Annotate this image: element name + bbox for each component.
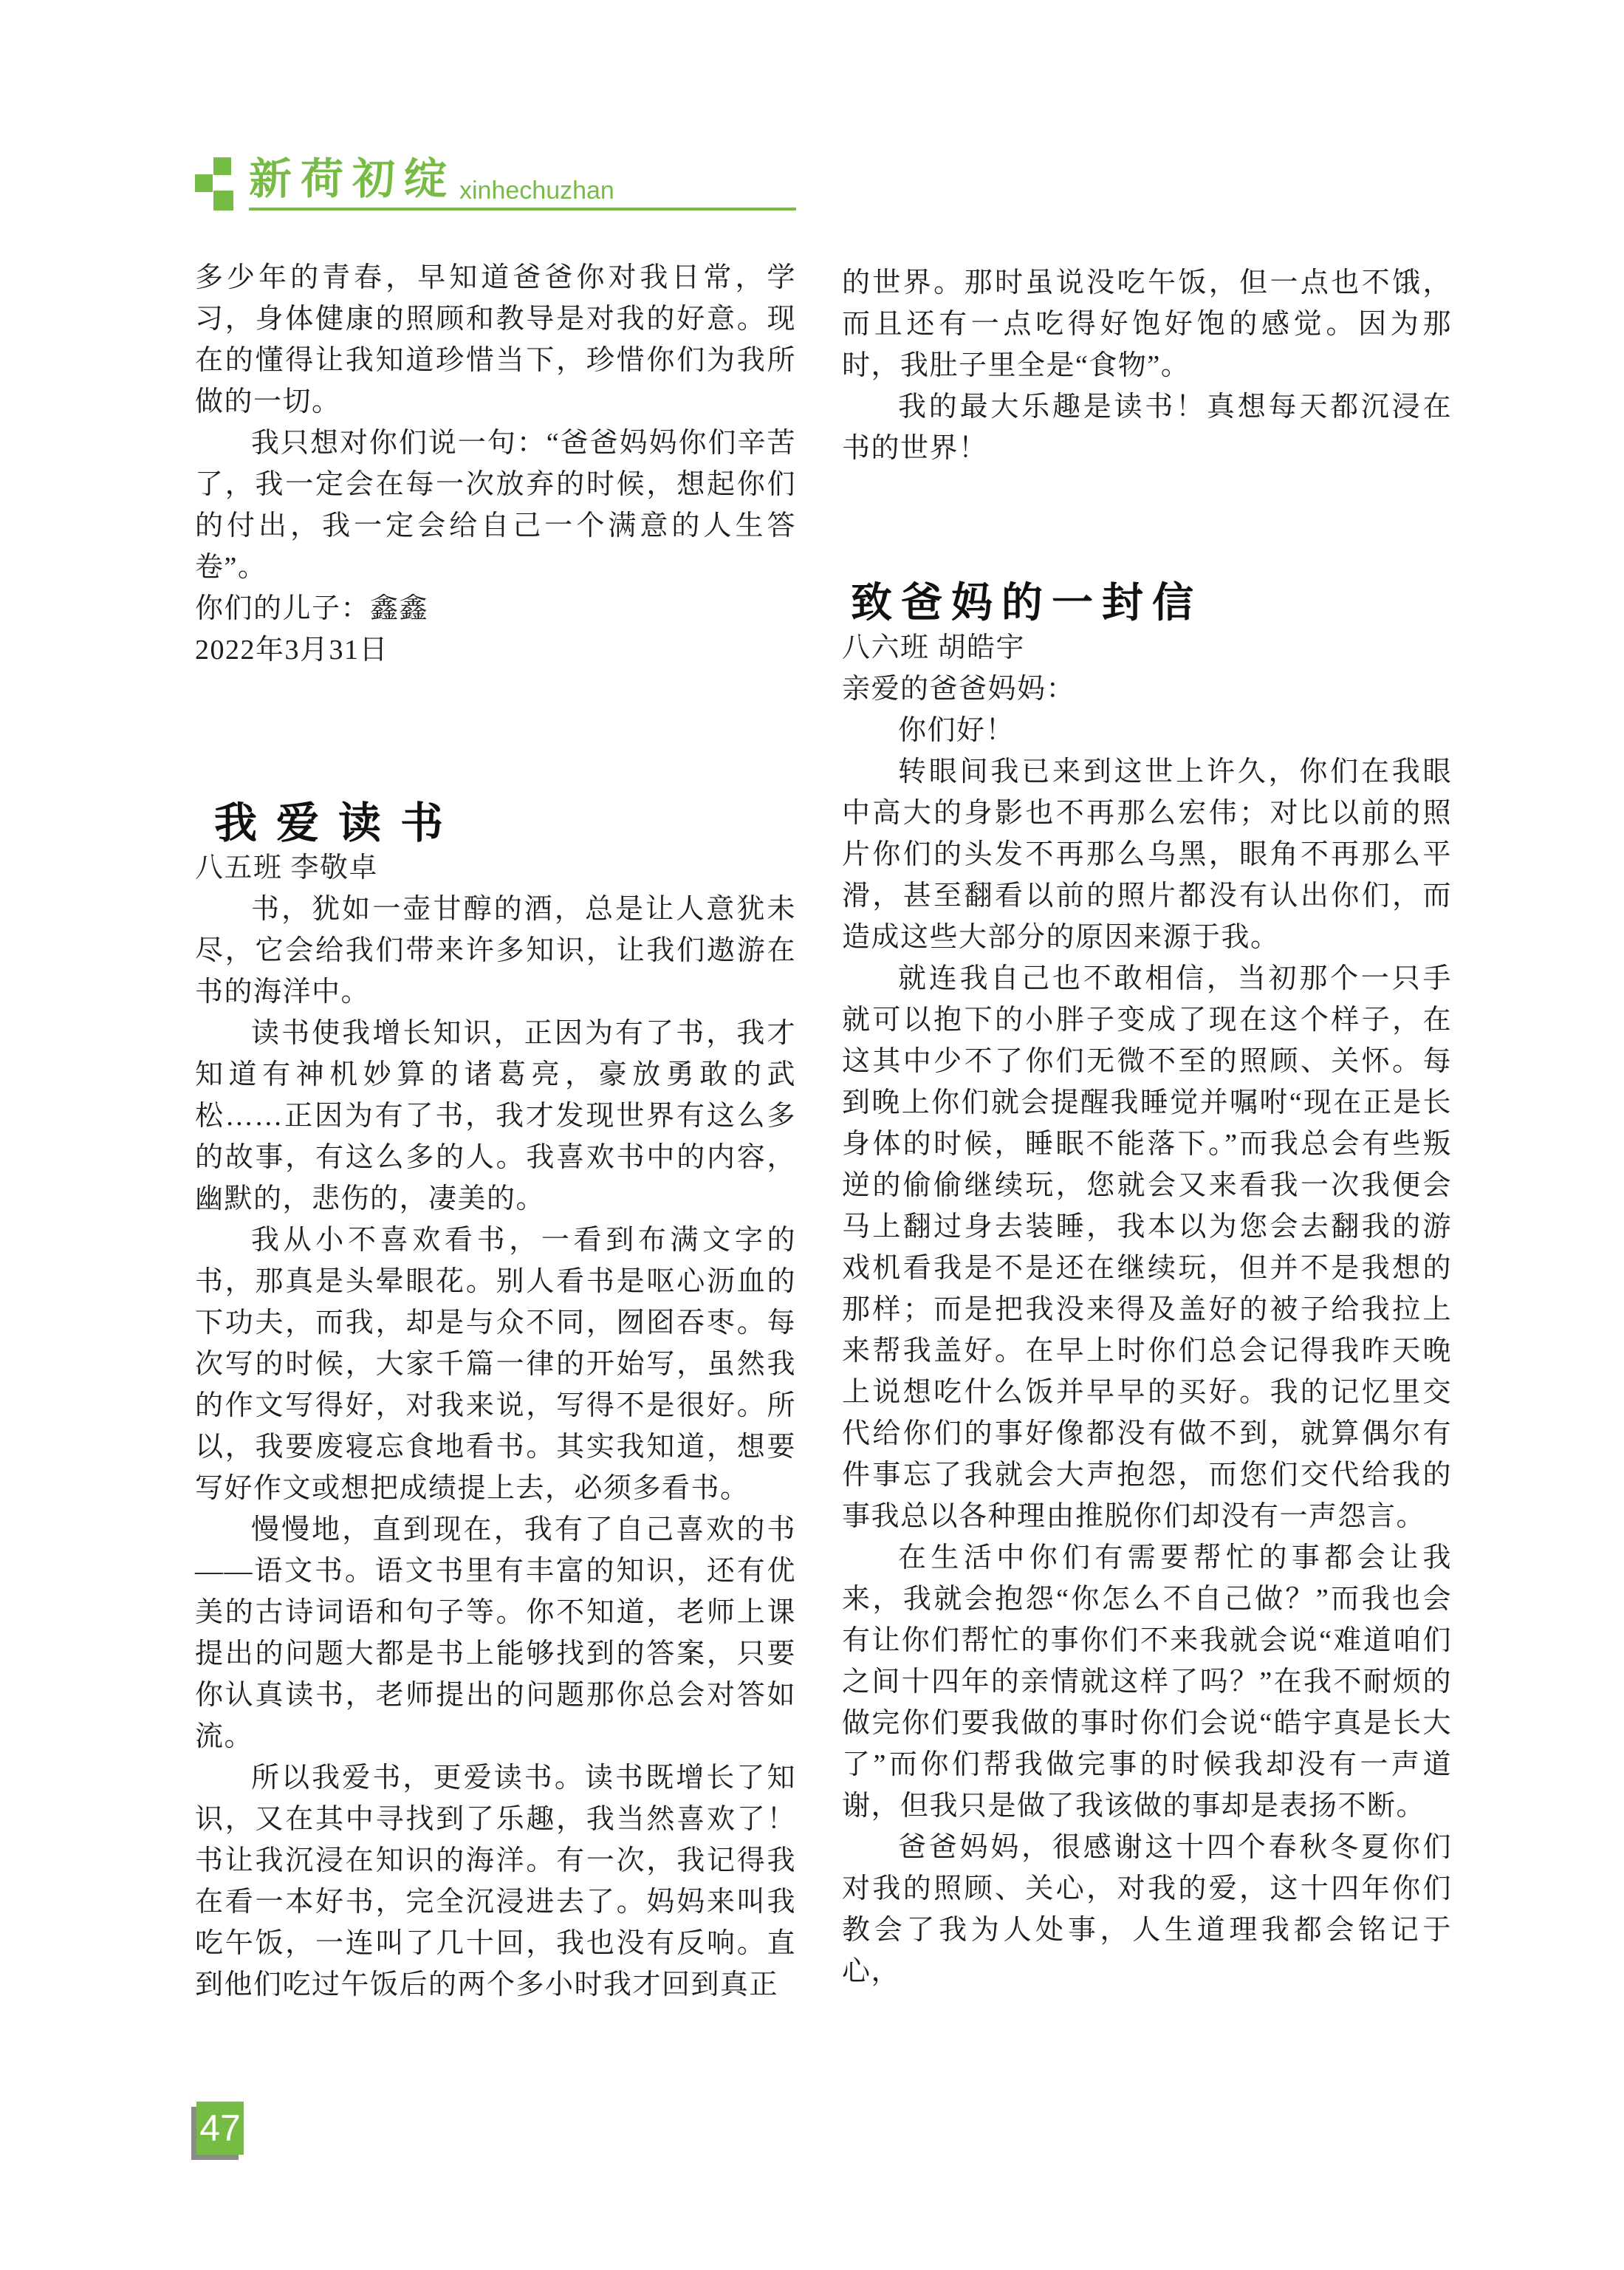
paragraph: 我的最大乐趣是读书！真想每天都沉浸在书的世界！ xyxy=(842,386,1452,469)
masthead-title: 新荷初绽 xyxy=(249,155,456,204)
article-title-letter: 致爸妈的一封信 xyxy=(842,580,1452,627)
paragraph: 慢慢地，直到现在，我有了自己喜欢的书——语文书。语文书里有丰富的知识，还有优美的… xyxy=(195,1509,796,1757)
masthead-rule xyxy=(249,208,796,211)
signature-line: 你们的儿子：鑫鑫 xyxy=(195,588,796,629)
paragraph: 就连我自己也不敢相信，当初那个一只手就可以抱下的小胖子变成了现在这个样子，在这其… xyxy=(842,958,1452,1537)
paragraph: 转眼间我已来到这世上许久，你们在我眼中高大的身影也不再那么宏伟；对比以前的照片你… xyxy=(842,751,1452,958)
paragraph: 我只想对你们说一句：“爸爸妈妈你们辛苦了，我一定会在每一次放弃的时候，想起你们的… xyxy=(195,423,796,588)
signature-date: 2022年3月31日 xyxy=(195,629,796,671)
logo-square-icon xyxy=(213,157,231,175)
article-author-reading: 八五班 李敬卓 xyxy=(195,847,796,889)
magazine-page: 新荷初绽 xinhechuzhan 多少年的青春，早知道爸爸你对我日常，学习，身… xyxy=(0,0,1624,2270)
paragraph: 读书使我增长知识，正因为有了书，我才知道有神机妙算的诸葛亮，豪放勇敢的武松……正… xyxy=(195,1013,796,1220)
left-column: 多少年的青春，早知道爸爸你对我日常，学习，身体健康的照顾和教导是对我的好意。现在… xyxy=(195,257,796,2006)
paragraph: 所以我爱书，更爱读书。读书既增长了知识，又在其中寻找到了乐趣，我当然喜欢了！书让… xyxy=(195,1757,796,2006)
right-column: 的世界。那时虽说没吃午饭，但一点也不饿，而且还有一点吃得好饱好饱的感觉。因为那时… xyxy=(842,262,1452,1992)
masthead-pinyin: xinhechuzhan xyxy=(459,176,614,205)
article-author-letter: 八六班 胡皓宇 xyxy=(842,627,1452,669)
page-number-badge: 47 xyxy=(196,2102,244,2155)
logo-square-icon xyxy=(195,174,213,192)
letter-greeting: 你们好！ xyxy=(842,710,1452,751)
letter-salutation: 亲爱的爸爸妈妈： xyxy=(842,669,1452,710)
paragraph: 在生活中你们有需要帮忙的事都会让我来，我就会抱怨“你怎么不自己做？”而我也会有让… xyxy=(842,1537,1452,1827)
paragraph: 爸爸妈妈，很感谢这十四个春秋冬夏你们对我的照顾、关心，对我的爱，这十四年你们教会… xyxy=(842,1827,1452,1992)
paragraph: 多少年的青春，早知道爸爸你对我日常，学习，身体健康的照顾和教导是对我的好意。现在… xyxy=(195,257,796,423)
logo-square-icon xyxy=(213,191,233,211)
article-title-reading: 我爱读书 xyxy=(195,800,796,847)
paragraph: 我从小不喜欢看书，一看到布满文字的书，那真是头晕眼花。别人看书是呕心沥血的下功夫… xyxy=(195,1220,796,1509)
paragraph: 的世界。那时虽说没吃午饭，但一点也不饿，而且还有一点吃得好饱好饱的感觉。因为那时… xyxy=(842,262,1452,386)
paragraph: 书，犹如一壶甘醇的酒，总是让人意犹未尽，它会给我们带来许多知识，让我们遨游在书的… xyxy=(195,889,796,1013)
